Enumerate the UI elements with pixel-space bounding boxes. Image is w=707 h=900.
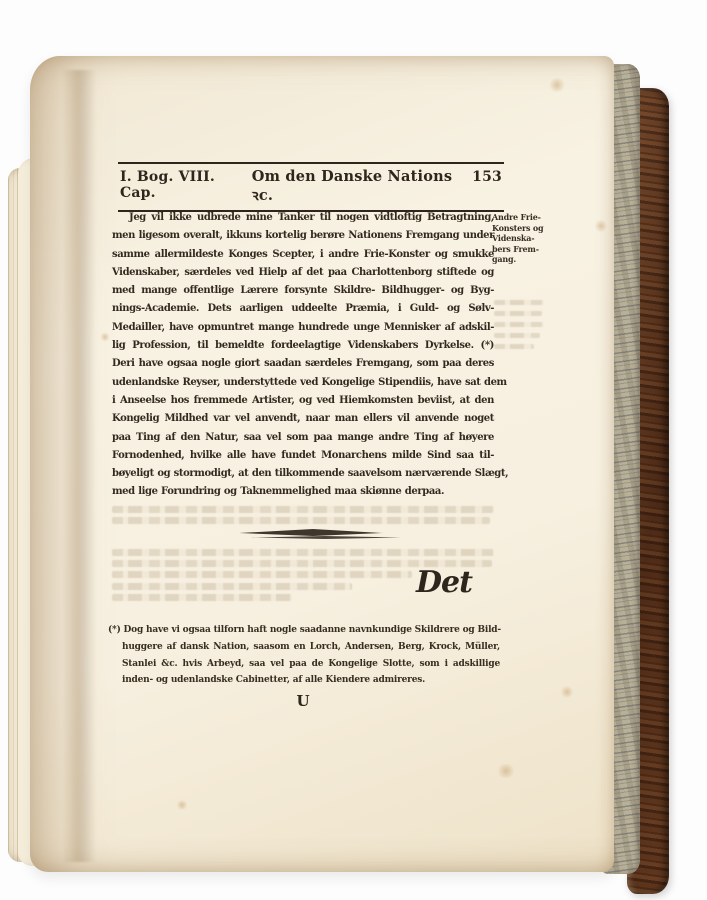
show-through-text <box>494 311 542 316</box>
footnote-line: huggere af dansk Nation, saasom en Lorch… <box>108 639 500 656</box>
footnote: (*) Dog have vi ogsaa tilforn haft nogle… <box>108 622 500 689</box>
margin-note-line: Konsters og <box>492 223 546 234</box>
section-divider-rule <box>233 527 403 546</box>
show-through-text <box>494 322 544 327</box>
text-line: med mange offentlige Lærere forsynte Ski… <box>112 282 494 300</box>
catchword: Det <box>112 565 494 600</box>
text-line: men ligesom overalt, ikkuns kortelig ber… <box>112 227 494 245</box>
show-through-text <box>494 300 544 305</box>
text-line: Kongelig Mildhed var vel anvendt, naar m… <box>112 410 494 428</box>
book-photo: I. Bog. VIII. Cap. Om den Danske Nations… <box>0 0 707 900</box>
text-line: Deri have ogsaa nogle giort saadan særde… <box>112 355 494 373</box>
show-through-text <box>112 506 494 513</box>
margin-note: Andre Frie- Konsters og Videnska- bers F… <box>492 212 546 265</box>
running-head: I. Bog. VIII. Cap. Om den Danske Nations… <box>118 162 504 212</box>
show-through-text <box>494 333 540 338</box>
text-line: lig Profession, til bemeldte fordeelagti… <box>112 337 494 355</box>
text-line: Jeg vil ikke udbrede mine Tanker til nog… <box>112 209 494 227</box>
foxing-spot <box>176 800 188 810</box>
running-title: Om den Danske Nations ꝛc. <box>252 168 472 205</box>
text-line: Fornodenhed, hvilke alle have fundet Mon… <box>112 447 494 465</box>
text-line: udenlandske Reyser, understyttede ved Ko… <box>112 374 494 392</box>
foxing-spot <box>496 764 516 778</box>
main-paragraph: Jeg vil ikke udbrede mine Tanker til nog… <box>112 209 494 502</box>
foxing-spot <box>560 686 574 698</box>
swelled-rule-icon <box>233 528 403 542</box>
margin-note-line: bers Frem- <box>492 244 546 255</box>
footnote-line: inden- og udenlandske Cabinetter, af all… <box>108 672 500 689</box>
margin-note-line: gang. <box>492 254 546 265</box>
show-through-text <box>112 549 494 556</box>
footnote-line: Stanlei &c. hvis Arbeyd, saa vel paa de … <box>108 656 500 673</box>
text-line: samme allermildeste Konges Scepter, i an… <box>112 246 494 264</box>
show-through-text <box>494 344 534 349</box>
page-number: 153 <box>472 169 502 185</box>
text-line: paa Ting af den Natur, saa vel som paa m… <box>112 429 494 447</box>
margin-note-line: Andre Frie- <box>492 212 546 223</box>
show-through-text <box>112 517 490 524</box>
chapter-label: I. Bog. VIII. Cap. <box>120 169 252 201</box>
signature-mark: U <box>112 692 494 710</box>
foxing-spot <box>100 332 110 342</box>
margin-note-line: Videnska- <box>492 233 546 244</box>
text-line: bøyeligt og stormodigt, at den tilkommen… <box>112 465 494 483</box>
foxing-spot <box>594 220 608 232</box>
text-line: nings-Academie. Dets aarligen uddeelte P… <box>112 300 494 318</box>
text-line: i Anseelse hos fremmede Artister, og ved… <box>112 392 494 410</box>
text-line: Medailler, have opmuntret mange hundrede… <box>112 319 494 337</box>
foxing-spot <box>548 78 566 92</box>
text-line: med lige Forundring og Taknemmelighed ma… <box>112 483 494 501</box>
footnote-line: (*) Dog have vi ogsaa tilforn haft nogle… <box>108 622 500 639</box>
gutter-shadow <box>62 70 96 862</box>
text-line: Videnskaber, særdeles ved Hielp af det p… <box>112 264 494 282</box>
